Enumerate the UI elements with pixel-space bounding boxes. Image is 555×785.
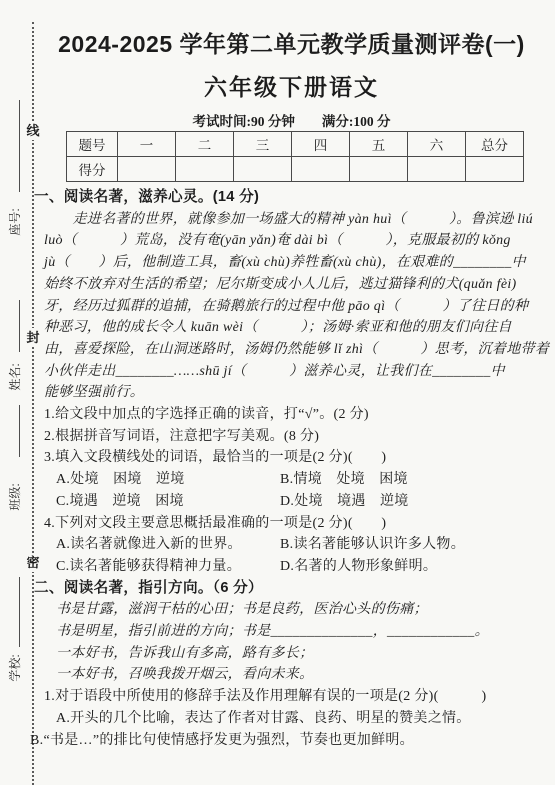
seat-number-blank-line xyxy=(19,100,20,192)
student-name-blank-line xyxy=(19,300,20,352)
passage-line: 小伙伴走出________……shū jí（ ）滋养心灵，让我们在_______… xyxy=(44,361,534,383)
question-3: 3.填入文段横线处的词语，最恰当的一项是(2 分)( ) xyxy=(44,447,534,469)
passage-line: 由，喜爱探险，在山洞迷路时，汤姆仍然能够 lǐ zhì（ ）思考，沉着地带着 xyxy=(44,339,534,361)
school-label: 学校: xyxy=(6,646,22,690)
score-header-cell: 三 xyxy=(234,132,292,157)
student-name-label: 姓名: xyxy=(6,355,22,399)
score-cell xyxy=(466,157,524,182)
score-header-cell: 五 xyxy=(350,132,408,157)
question-4-options-row: A.读名著就像进入新的世界。 B.读名著能够认识许多人物。 xyxy=(56,534,534,556)
passage-line: 牙，经历过狐群的追捕，在骑鹅旅行的过程中他 pāo qì（ ）了往日的种 xyxy=(44,296,534,318)
option-a: A.读名著就像进入新的世界。 xyxy=(56,534,280,556)
question-1: 1.给文段中加点的字选择正确的读音，打“√”。(2 分) xyxy=(44,404,534,426)
score-header-cell: 六 xyxy=(408,132,466,157)
score-header-cell: 一 xyxy=(118,132,176,157)
score-row-label: 得分 xyxy=(67,157,118,182)
score-cell xyxy=(118,157,176,182)
passage-line: 种恶习，他的成长令人 kuān wèi（ ）；汤姆·索亚和他的朋友们向往自 xyxy=(44,317,534,339)
poem-line: 一本好书，告诉我山有多高，路有多长； xyxy=(56,643,534,665)
exam-info: 考试时间:90 分钟 满分:100 分 xyxy=(36,110,547,130)
class-blank-line xyxy=(19,405,20,457)
option-d: D.名著的人物形象鲜明。 xyxy=(280,556,534,578)
passage-line: 走进名著的世界，就像参加一场盛大的精神 yàn huì（ ）。鲁滨逊 liú xyxy=(44,209,534,231)
score-table-score-row: 得分 xyxy=(67,157,524,182)
score-cell xyxy=(234,157,292,182)
score-cell xyxy=(176,157,234,182)
poem-line: 一本好书，召唤我拨开烟云，看向未来。 xyxy=(56,664,534,686)
seat-number-label: 座号: xyxy=(6,200,22,244)
section2-question-1: 1.对于语段中所使用的修辞手法及作用理解有误的一项是(2 分)( ) xyxy=(44,686,534,708)
poem-line: 书是明星，指引前进的方向；书是______________，__________… xyxy=(56,621,534,643)
passage-line: jù（ ）后，他制造工具，畜(xù chù)养牲畜(xù chù)，在艰难的__… xyxy=(44,252,534,274)
section2-heading: 二、阅读名著，指引方向。（6 分） xyxy=(34,578,534,600)
page-subtitle: 六年级下册语文 xyxy=(36,69,547,102)
score-header-cell: 二 xyxy=(176,132,234,157)
score-table: 题号 一 二 三 四 五 六 总分 得分 xyxy=(66,131,524,182)
question-4: 4.下列对文段主要意思概括最准确的一项是(2 分)( ) xyxy=(44,513,534,535)
page-title: 2024-2025 学年第二单元教学质量测评卷(一) xyxy=(36,26,547,59)
score-header-cell: 四 xyxy=(292,132,350,157)
question-4-options-row: C.读名著能够获得精神力量。 D.名著的人物形象鲜明。 xyxy=(56,556,534,578)
poem-line: 书是甘露，滋润干枯的心田；书是良药，医治心头的伤痛； xyxy=(56,599,534,621)
option-c: C.读名著能够获得精神力量。 xyxy=(56,556,280,578)
question-2: 2.根据拼音写词语，注意把字写美观。(8 分) xyxy=(44,426,534,448)
section2-option-b: B.“书是…”的排比句使情感抒发更为强烈，节奏也更加鲜明。 xyxy=(30,730,534,752)
class-label: 班级: xyxy=(6,475,22,519)
score-cell xyxy=(408,157,466,182)
passage-line: luò（ ）荒岛，没有奄(yān yǎn)奄 dài bì（ ），克服最初的 k… xyxy=(44,230,534,252)
school-blank-line xyxy=(19,577,20,647)
exam-paper-page: 线 封 密 座号: 姓名: 班级: 学校: 2024-2025 学年第二单元教学… xyxy=(0,0,555,785)
passage-line: 能够坚强前行。 xyxy=(44,382,534,404)
option-d: D.处境 境遇 逆境 xyxy=(280,491,534,513)
section1-heading: 一、阅读名著，滋养心灵。(14 分) xyxy=(34,187,534,209)
question-3-options-row: C.境遇 逆境 困境 D.处境 境遇 逆境 xyxy=(56,491,534,513)
option-b: B.情境 处境 困境 xyxy=(280,469,534,491)
score-header-cell: 题号 xyxy=(67,132,118,157)
option-b: B.读名著能够认识许多人物。 xyxy=(280,534,534,556)
score-table-header-row: 题号 一 二 三 四 五 六 总分 xyxy=(67,132,524,157)
question-3-options-row: A.处境 困境 逆境 B.情境 处境 困境 xyxy=(56,469,534,491)
score-cell xyxy=(292,157,350,182)
section2-option-a: A.开头的几个比喻，表达了作者对甘露、良药、明星的赞美之情。 xyxy=(56,708,534,730)
option-c: C.境遇 逆境 困境 xyxy=(56,491,280,513)
passage-line: 始终不放弃对生活的希望；尼尔斯变成小人儿后，逃过猫锋利的犬(quǎn fèi) xyxy=(44,274,534,296)
option-a: A.处境 困境 逆境 xyxy=(56,469,280,491)
score-cell xyxy=(350,157,408,182)
exam-body: 一、阅读名著，滋养心灵。(14 分) 走进名著的世界，就像参加一场盛大的精神 y… xyxy=(34,187,534,751)
score-header-cell: 总分 xyxy=(466,132,524,157)
